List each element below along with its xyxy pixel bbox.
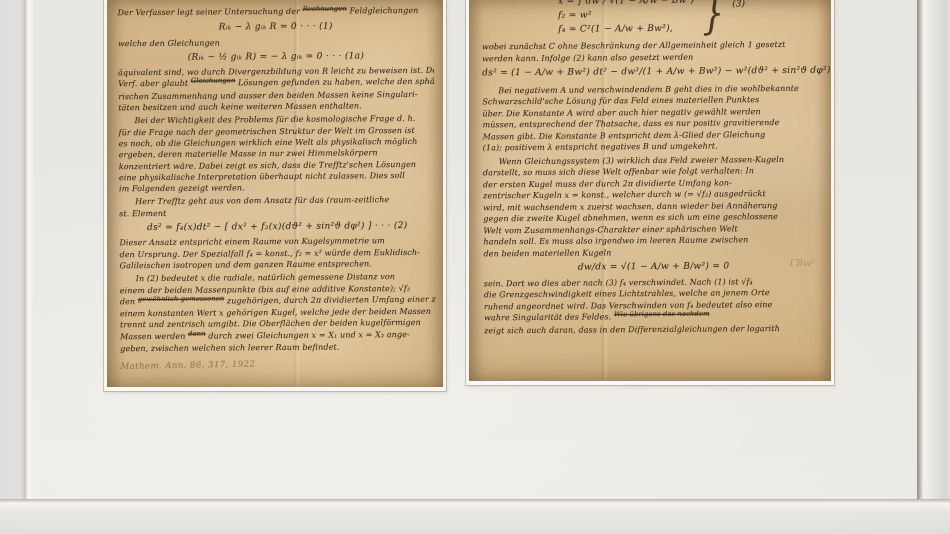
manuscript-line: (Rᵢₖ − ½ gᵢₖ R) = − λ gᵢₖ = 0 · · · (1a)	[118, 47, 434, 68]
frame-bottom-molding	[0, 499, 950, 534]
pencil-margin-note: ΓBw²	[789, 258, 815, 269]
manuscript-page-left: Der Verfasser legt seiner Untersuchung d…	[107, 0, 443, 388]
manuscript-line: geben, zwischen welchen sich leerer Raum…	[120, 341, 436, 355]
frame-left-molding	[0, 0, 33, 534]
framed-manuscript-photo: Der Verfasser legt seiner Untersuchung d…	[0, 0, 950, 534]
manuscript-line: Galileischen isotropen und dem ganzen Ra…	[120, 258, 436, 272]
manuscript-line: täten besitzen und auch keine weiteren M…	[118, 100, 434, 114]
manuscript-line: zeigt sich auch daran, dass in den Diffe…	[484, 322, 824, 336]
equation-brace: }	[702, 7, 724, 23]
mat-window-left: Der Verfasser legt seiner Untersuchung d…	[104, 0, 446, 391]
manuscript-line: im Folgenden gezeigt werden.	[119, 181, 435, 195]
manuscript-line: ds² = f₄(x)dt² − [ dx² + f₂(x)(dϑ² + sin…	[119, 217, 435, 238]
manuscript-line: (1a); positivem λ entspricht negatives B…	[483, 140, 823, 154]
manuscript-line: Rᵢₖ − λ gᵢₖ R = 0 · · · (1)	[118, 17, 434, 38]
manuscript-line: ds² = (1 − A/w + Bw²) dt² − dw²/(1 + A/w…	[482, 62, 822, 83]
pencil-inscription: Mathem. Ann. 86, 317, 1922	[120, 356, 436, 373]
mat-window-right: x = ∫ dw / √(1 − A/w − Bw²)f₂ = w²f₄ = C…	[466, 0, 834, 385]
manuscript-text-left: Der Verfasser legt seiner Untersuchung d…	[107, 0, 443, 388]
manuscript-page-right: x = ∫ dw / √(1 − A/w − Bw²)f₂ = w²f₄ = C…	[469, 0, 831, 382]
frame-right-molding	[917, 0, 950, 534]
manuscript-line: x = ∫ dw / √(1 − A/w − Bw²)f₂ = w²f₄ = C…	[481, 0, 821, 41]
manuscript-text-right: x = ∫ dw / √(1 − A/w − Bw²)f₂ = w²f₄ = C…	[469, 0, 831, 382]
